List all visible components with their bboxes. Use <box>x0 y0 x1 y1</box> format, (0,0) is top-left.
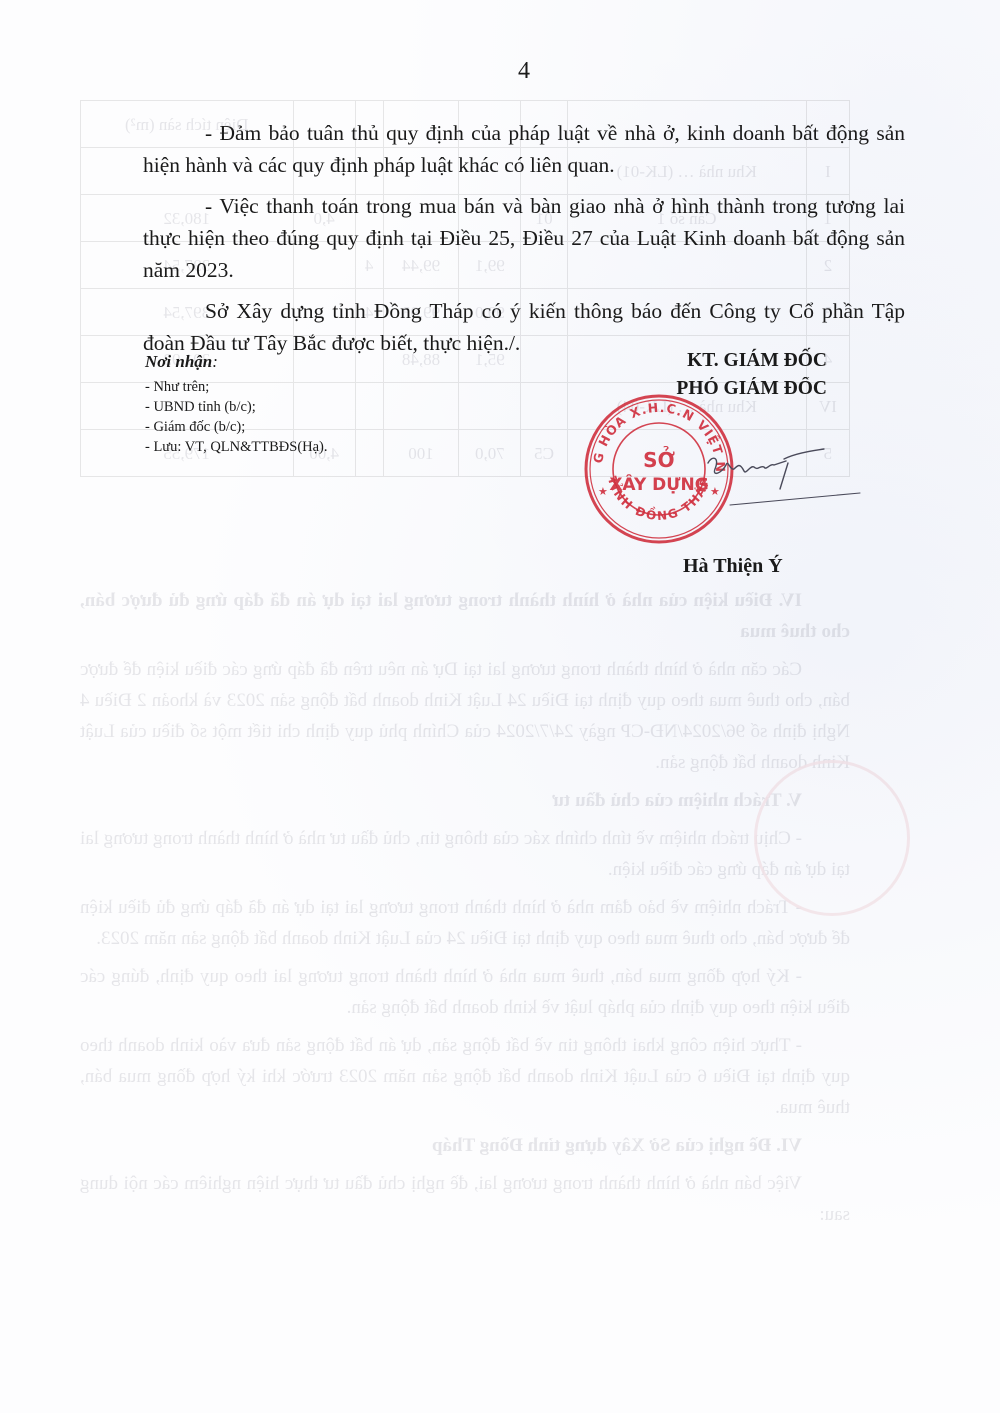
bleed-table-cell <box>459 383 521 430</box>
svg-text:★: ★ <box>598 485 608 498</box>
recipient-item: - Như trên; <box>145 377 328 397</box>
recipients-list: - Như trên; - UBND tỉnh (b/c); - Giám đố… <box>145 377 328 457</box>
bleed-table-cell <box>521 383 567 430</box>
recipient-item: - Lưu: VT, QLN&TTBĐS(Hạ). <box>145 437 328 457</box>
handwritten-signature-icon <box>700 445 865 515</box>
paragraph-payment: - Việc thanh toán trong mua bán và bàn g… <box>143 190 905 286</box>
signer-authority: KT. GIÁM ĐỐC <box>687 350 827 372</box>
bleed-table-cell: 70,0 <box>459 430 521 477</box>
bleed-paragraph: Các căn nhà ở hình thành trong tương lai… <box>80 654 850 778</box>
bleed-paragraph: - Thực hiện công khai thông tin về bất đ… <box>80 1030 850 1123</box>
bleed-paragraph: V. Trách nhiệm của chủ đầu tư <box>80 785 850 816</box>
recipient-item: - Giám đốc (b/c); <box>145 417 328 437</box>
bleed-paragraph: - Trách nhiệm về bảo đảm nhà ở hình thàn… <box>80 892 850 954</box>
recipients-block: Nơi nhận: - Như trên; - UBND tỉnh (b/c);… <box>145 352 328 457</box>
seal-center-line1: SỞ <box>643 447 675 472</box>
bleed-table-cell: C5 <box>521 430 567 477</box>
bleed-paragraph: VI. Đề nghị của Sở Xây dựng tỉnh Đồng Th… <box>80 1130 850 1161</box>
bleed-paragraph: - Chịu trách nhiệm về tính chính xác của… <box>80 823 850 885</box>
bleed-paragraph: - Ký hợp đồng mua bán, thuê mua nhà ở hì… <box>80 961 850 1023</box>
bleed-paragraph: Việc bán nhà ở hình thành trong tương la… <box>80 1168 850 1230</box>
document-body: - Đảm bảo tuân thủ quy định của pháp luậ… <box>143 117 905 368</box>
seal-center-line2: XÂY DỰNG <box>609 473 708 495</box>
bleed-paragraph: IV. Điều kiện của nhà ở hình thành trong… <box>80 585 850 647</box>
page-number: 4 <box>518 58 530 85</box>
signer-name: Hà Thiện Ý <box>683 555 783 578</box>
bleed-table-cell: 100 <box>383 430 459 477</box>
bleed-table-cell <box>383 383 459 430</box>
bleed-through-text: IV. Điều kiện của nhà ở hình thành trong… <box>80 585 850 1237</box>
recipients-title: Nơi nhận: <box>145 352 328 372</box>
bleed-through-stamp-icon <box>754 760 910 916</box>
bleed-table-cell <box>355 430 383 477</box>
document-page: Diện tích sàn (m²)IKhu nhà … (LK-01)1Căn… <box>0 0 1000 1413</box>
paragraph-compliance: - Đảm bảo tuân thủ quy định của pháp luậ… <box>143 117 905 181</box>
bleed-table-cell <box>355 383 383 430</box>
recipient-item: - UBND tỉnh (b/c); <box>145 397 328 417</box>
